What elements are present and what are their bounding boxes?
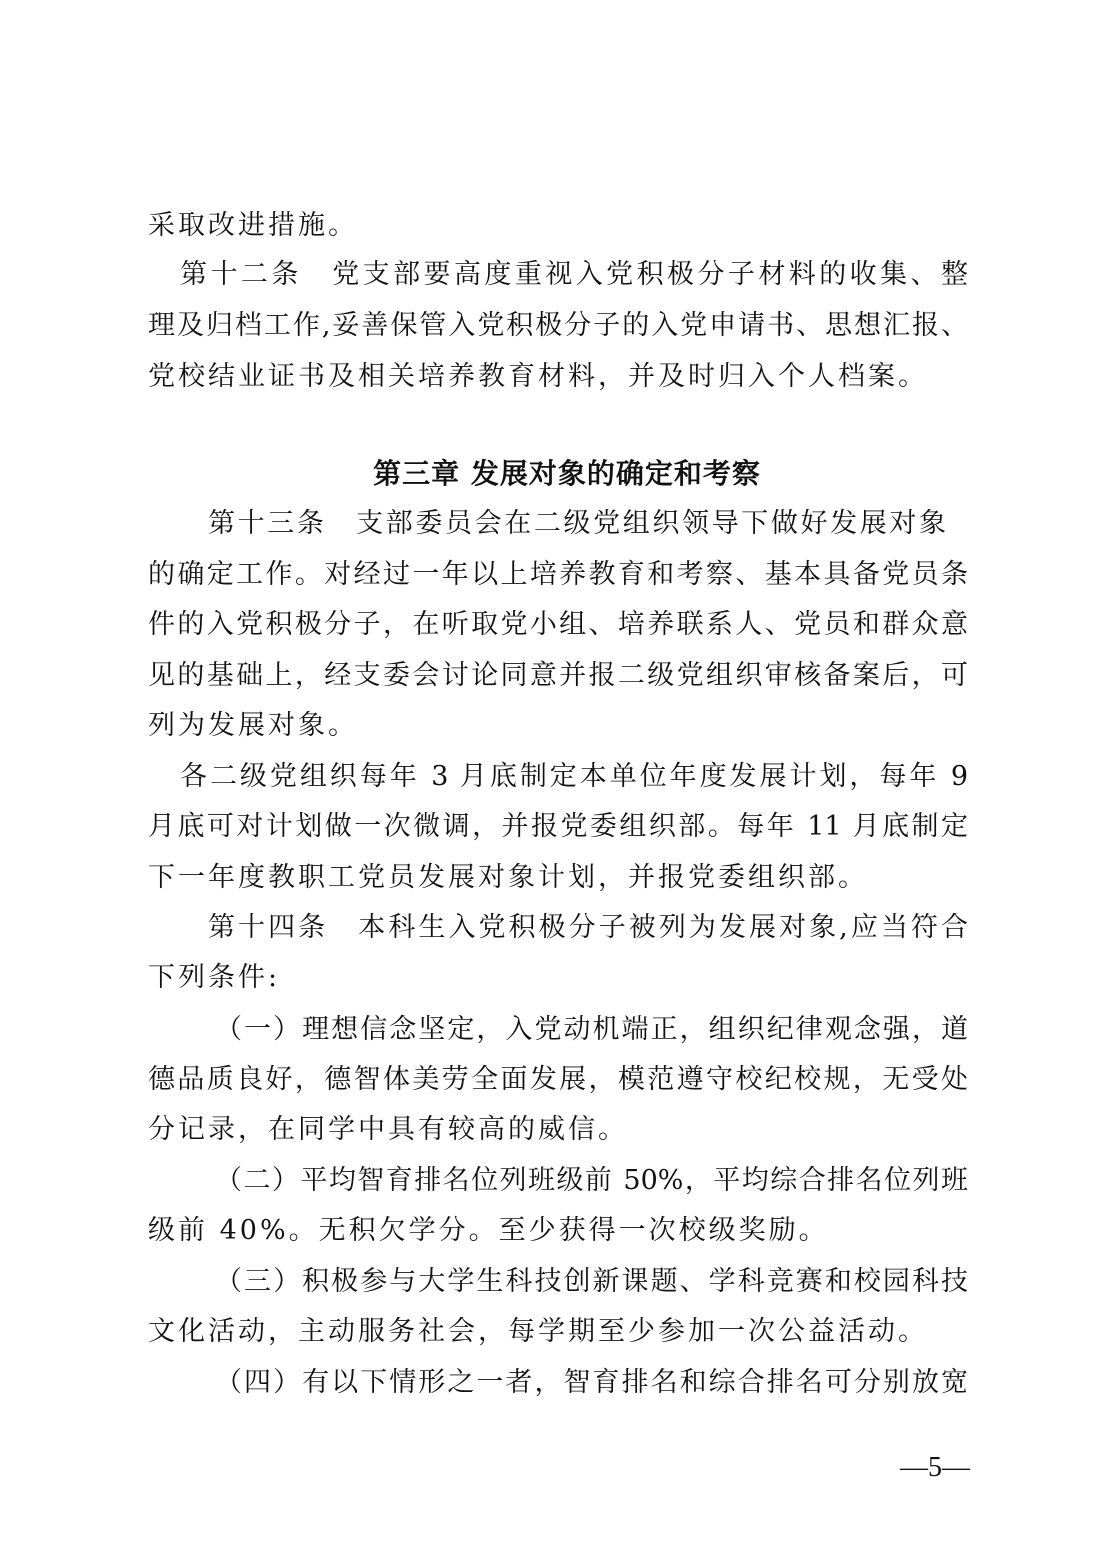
condition-4-line: （四）有以下情形之一者，智育排名和综合排名可分别放宽	[215, 1363, 968, 1403]
article-13-line: 第十三条 支部委员会在二级党组织领导下做好发展对象	[208, 504, 946, 544]
text-line: 月底可对计划做一次微调，并报党委组织部。每年 11 月底制定	[148, 807, 968, 847]
document-page: 采取改进措施。 第十二条 党支部要高度重视入党积极分子材料的收集、整 理及归档工…	[0, 0, 1102, 1559]
text-line: 列为发展对象。	[148, 706, 968, 746]
chapter-heading: 第三章 发展对象的确定和考察	[0, 452, 1102, 496]
page-number: —5—	[900, 1448, 970, 1488]
text-line: 采取改进措施。	[148, 206, 968, 246]
article-12-line: 第十二条 党支部要高度重视入党积极分子材料的收集、整	[180, 255, 968, 295]
text-line: 分记录，在同学中具有较高的威信。	[148, 1110, 968, 1150]
article-14-line: 第十四条 本科生入党积极分子被列为发展对象,应当符合	[208, 908, 968, 948]
condition-1-line: （一）理想信念坚定，入党动机端正，组织纪律观念强，道	[215, 1010, 968, 1050]
text-line: 理及归档工作,妥善保管入党积极分子的入党申请书、思想汇报、	[148, 306, 968, 346]
text-line: 的确定工作。对经过一年以上培养教育和考察、基本具备党员条	[148, 555, 968, 595]
condition-3-line: （三）积极参与大学生科技创新课题、学科竞赛和校园科技	[215, 1262, 968, 1302]
text-line: 下一年度教职工党员发展对象计划，并报党委组织部。	[148, 858, 968, 898]
text-line: 文化活动，主动服务社会，每学期至少参加一次公益活动。	[148, 1312, 968, 1352]
text-line: 级前 40%。无积欠学分。至少获得一次校级奖励。	[148, 1211, 968, 1251]
text-line: 德品质良好，德智体美劳全面发展，模范遵守校纪校规，无受处	[148, 1060, 968, 1100]
text-line: 下列条件:	[148, 958, 968, 998]
text-line: 见的基础上，经支委会讨论同意并报二级党组织审核备案后，可	[148, 656, 968, 696]
text-line: 党校结业证书及相关培养教育材料，并及时归入个人档案。	[148, 357, 968, 397]
plan-paragraph-line: 各二级党组织每年 3 月底制定本单位年度发展计划，每年 9	[180, 757, 968, 797]
condition-2-line: （二）平均智育排名位列班级前 50%，平均综合排名位列班	[215, 1161, 968, 1201]
text-line: 件的入党积极分子，在听取党小组、培养联系人、党员和群众意	[148, 605, 968, 645]
